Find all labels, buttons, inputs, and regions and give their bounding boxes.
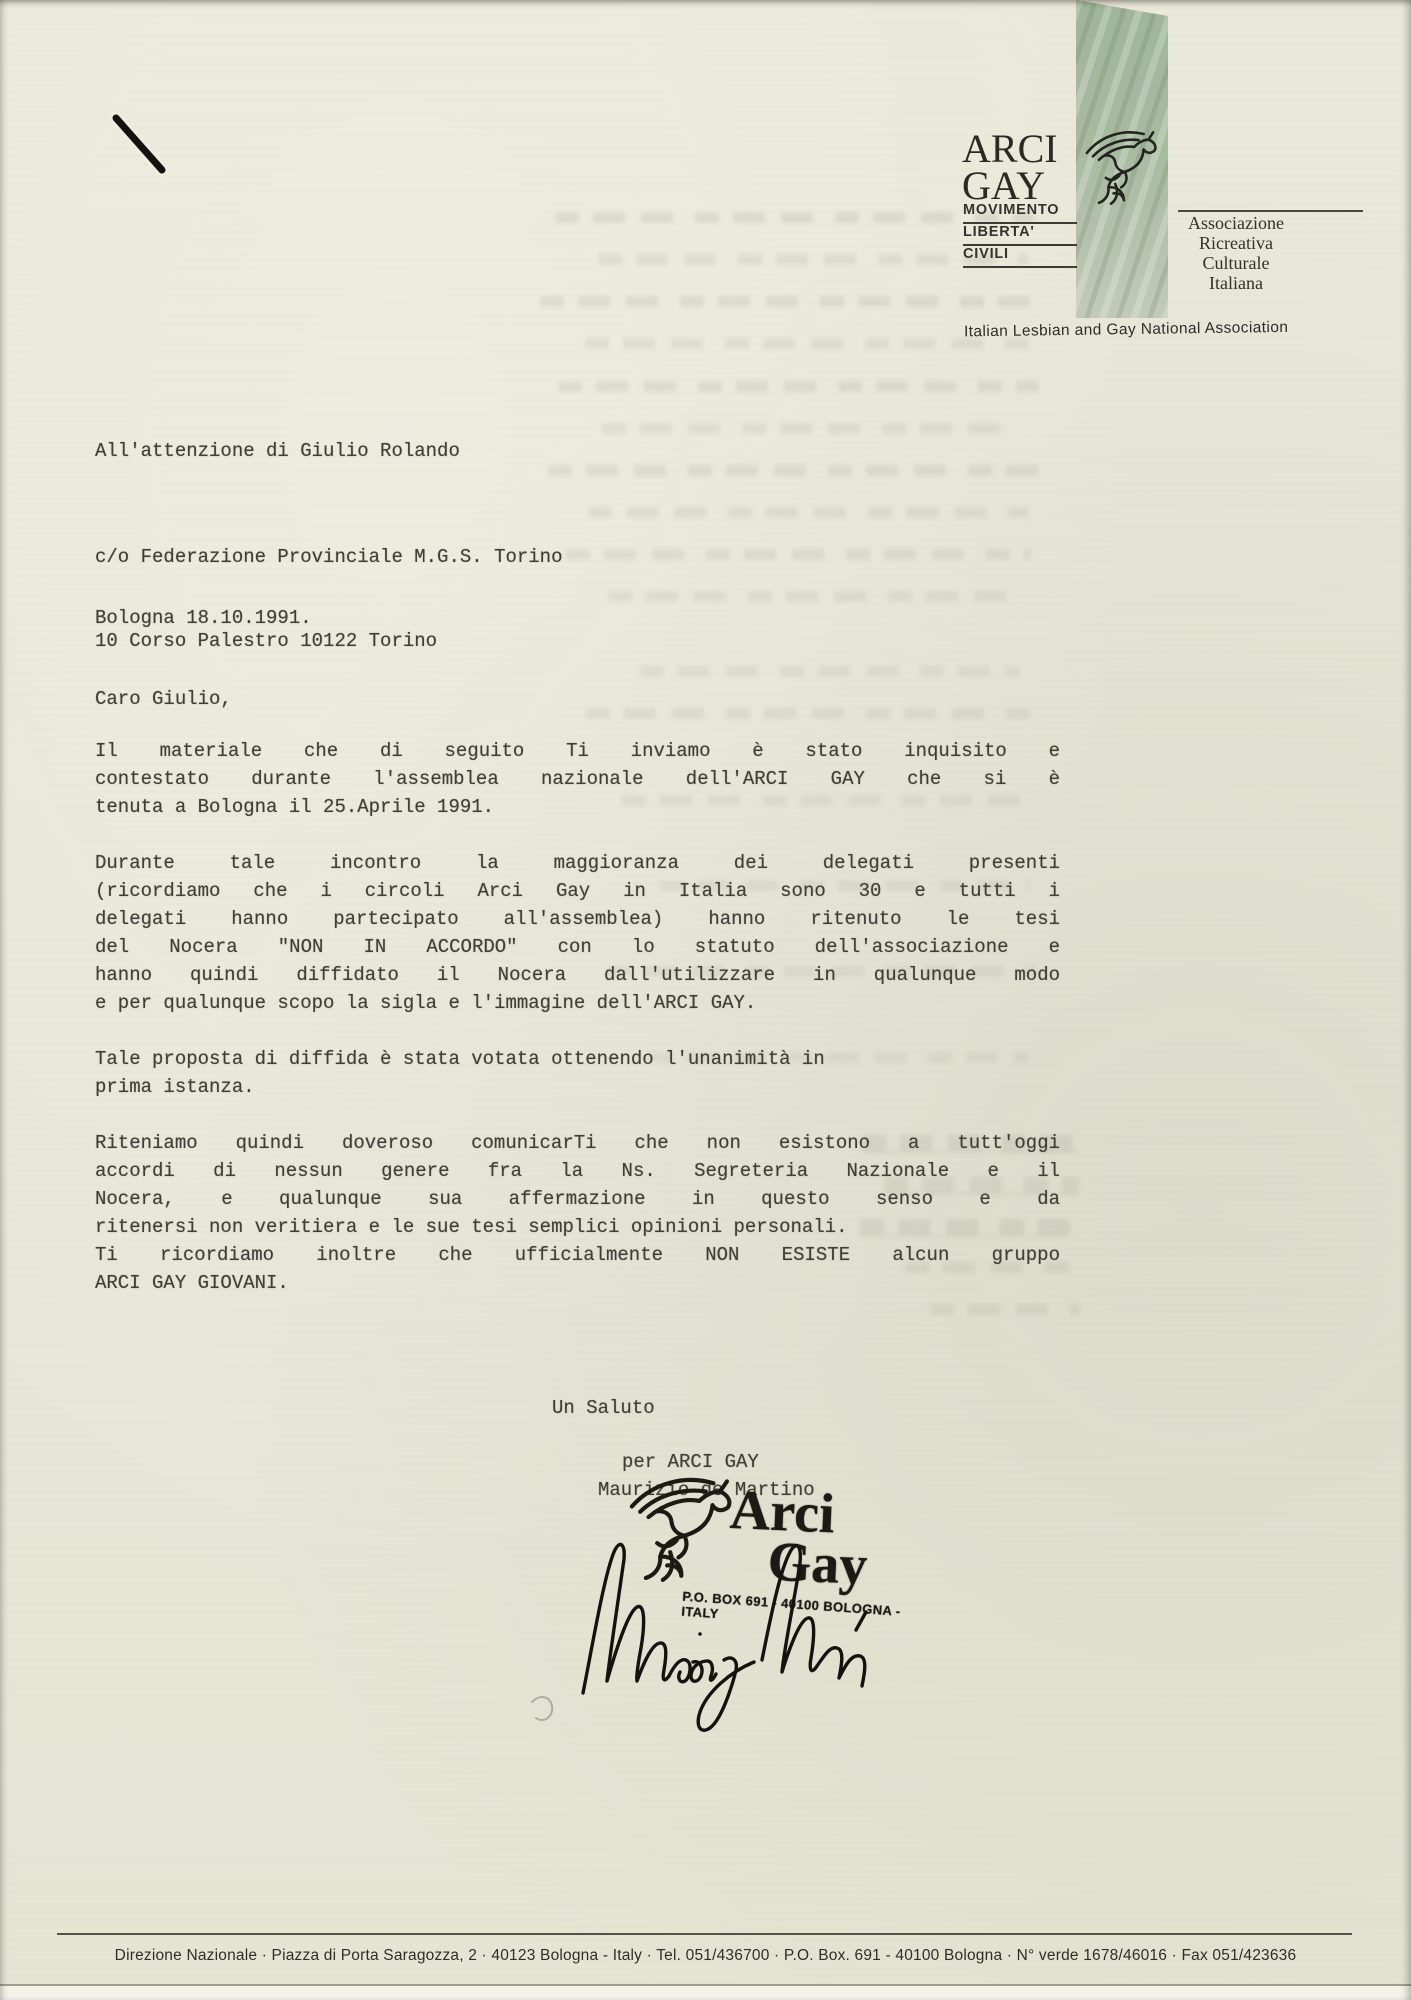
association-name: Associazione Ricreativa Culturale Italia… (1160, 213, 1312, 293)
assoc-line: Culturale (1160, 253, 1312, 273)
salutation: Caro Giulio, (95, 685, 232, 713)
letter-line: delegati hanno partecipato all'assemblea… (95, 905, 1060, 933)
letter-line: Ti ricordiamo inoltre che ufficialmente … (95, 1241, 1060, 1269)
pegasus-icon (1080, 124, 1166, 206)
arcigay-logo-text: ARCI GAY (962, 130, 1066, 204)
motto-civili: CIVILI (963, 246, 1077, 268)
staple-mark (116, 118, 162, 170)
motto-movimento: MOVIMENTO (963, 202, 1077, 224)
letter-line: del Nocera "NON IN ACCORDO" con lo statu… (95, 933, 1060, 961)
stamp-word-gay: Gay (766, 1530, 868, 1598)
letter-paragraph: Il materiale che di seguito Ti inviamo è… (95, 737, 1060, 821)
recipient-attention: All'attenzione di Giulio Rolando (95, 437, 460, 465)
letter-line: Nocera, e qualunque sua affermazione in … (95, 1185, 1060, 1213)
letter-line: hanno quindi diffidato il Nocera dall'ut… (95, 961, 1060, 989)
paper-bottom-edge (0, 1984, 1411, 2000)
closing-salute: Un Saluto (552, 1394, 655, 1422)
pegasus-stamp-icon (619, 1465, 746, 1586)
association-tagline: Italian Lesbian and Gay National Associa… (964, 319, 1304, 342)
letter-line: ritenersi non veritiera e le sue tesi se… (95, 1213, 1060, 1241)
recipient-address: c/o Federazione Provinciale M.G.S. Torin… (95, 487, 562, 711)
address-line: c/o Federazione Provinciale M.G.S. Torin… (95, 543, 562, 571)
footer-contact-line: Direzione Nazionale · Piazza di Porta Sa… (0, 1947, 1411, 1965)
ghost-text-line (640, 666, 1020, 677)
motto-liberta: LIBERTA' (963, 224, 1077, 246)
stamp-address: P.O. BOX 691 - 40100 BOLOGNA - ITALY (681, 1589, 932, 1636)
logo-line-gay: GAY (962, 167, 1066, 204)
ghost-text-line (586, 708, 1036, 719)
scanned-letter-page: ARCI GAY MOVIMENTO LIBERTA' CIVILI Assoc… (0, 0, 1411, 2000)
association-rule (1178, 210, 1363, 212)
arcigay-rubber-stamp: Arci Gay P.O. BOX 691 - 40100 BOLOGNA - … (608, 1451, 946, 1665)
ghost-text-line (540, 296, 1045, 307)
letter-line: Il materiale che di seguito Ti inviamo è… (95, 737, 1060, 765)
letter-line: ARCI GAY GIOVANI. (95, 1269, 1060, 1297)
ghost-text-line (588, 507, 1028, 518)
ghost-text-line (602, 423, 1022, 434)
footer-rule (57, 1933, 1352, 1935)
letter-line: Riteniamo quindi doveroso comunicarTi ch… (95, 1129, 1060, 1157)
dateline: Bologna 18.10.1991. (95, 604, 312, 632)
letter-line: Tale proposta di diffida è stata votata … (95, 1045, 1060, 1073)
assoc-line: Ricreativa (1160, 233, 1312, 253)
logo-line-arci: ARCI (962, 130, 1066, 167)
letter-paragraph: Riteniamo quindi doveroso comunicarTi ch… (95, 1129, 1060, 1297)
letter-line: contestato durante l'assemblea nazionale… (95, 765, 1060, 793)
ghost-text-line (566, 549, 1031, 560)
letter-line: accordi di nessun genere fra la Ns. Segr… (95, 1157, 1060, 1185)
letter-line: tenuta a Bologna il 25.Aprile 1991. (95, 793, 1060, 821)
letter-line: prima istanza. (95, 1073, 1060, 1101)
ghost-text-line (930, 1304, 1080, 1315)
letter-line: e per qualunque scopo la sigla e l'immag… (95, 989, 1060, 1017)
letter-paragraph: Tale proposta di diffida è stata votata … (95, 1045, 1060, 1101)
ghost-text-line (608, 591, 1023, 602)
letter-line: Durante tale incontro la maggioranza dei… (95, 849, 1060, 877)
assoc-line: Associazione (1160, 213, 1312, 233)
ghost-text-line (558, 381, 1038, 392)
letter-paragraph: Durante tale incontro la maggioranza dei… (95, 849, 1060, 1017)
letter-line: (ricordiamo che i circoli Arci Gay in It… (95, 877, 1060, 905)
ghost-text-line (548, 465, 1048, 476)
assoc-line: Italiana (1160, 273, 1312, 293)
